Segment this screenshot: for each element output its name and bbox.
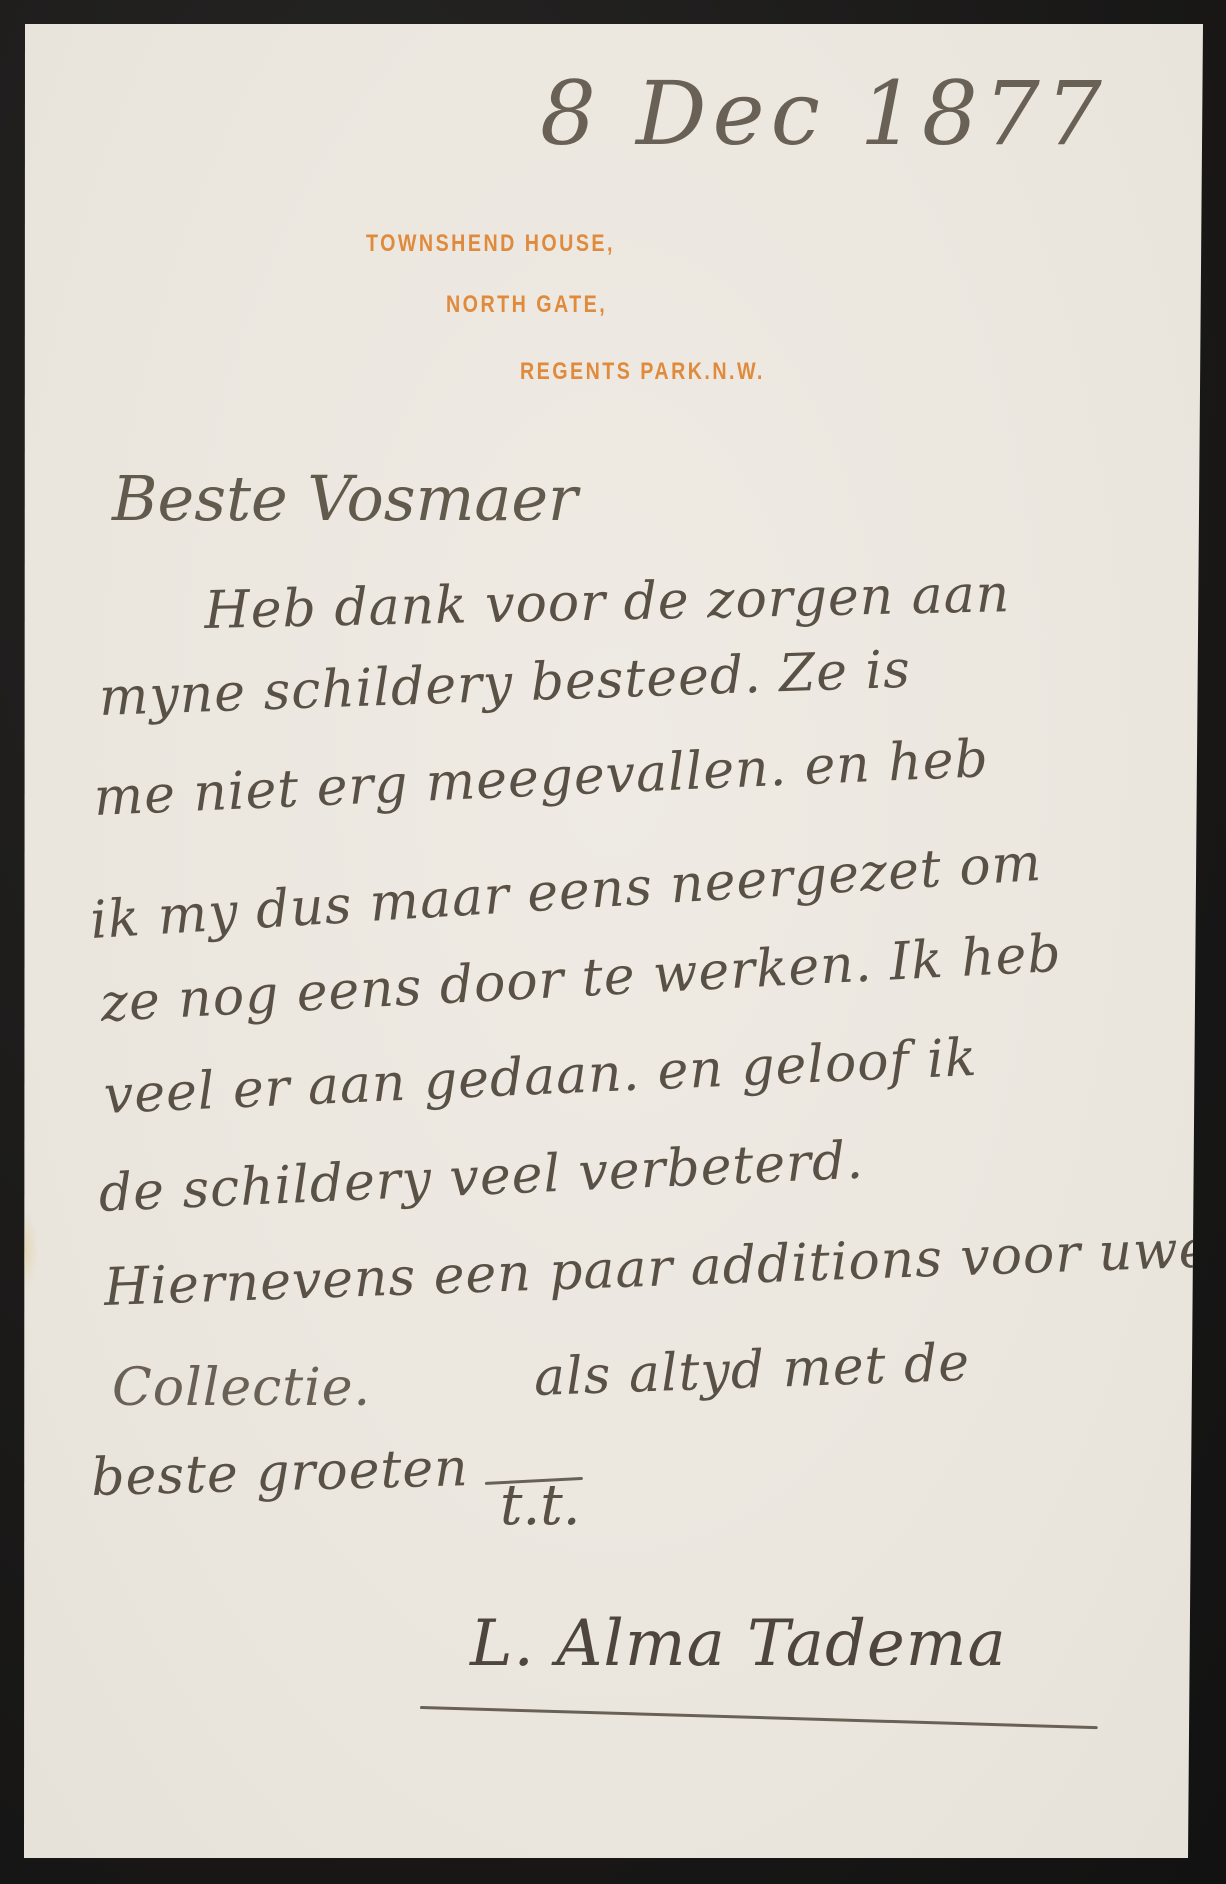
- closing-mark: t.t.: [500, 1478, 581, 1534]
- signature-underline: [420, 1706, 1098, 1729]
- salutation: Beste Vosmaer: [112, 468, 578, 530]
- body-line-7: de schildery veel verbeterd.: [98, 1135, 865, 1220]
- scan-background: 8 Dec 1877 TOWNSHEND HOUSE, NORTH GATE, …: [0, 0, 1226, 1884]
- letterhead-line-3: REGENTS PARK.N.W.: [520, 360, 765, 384]
- body-line-6: veel er aan gedaan. en geloof ik: [103, 1032, 979, 1122]
- body-line-2: myne schildery besteed. Ze is: [98, 644, 911, 724]
- letterhead-line-1: TOWNSHEND HOUSE,: [366, 232, 615, 256]
- letter-date: 8 Dec 1877: [540, 70, 1108, 158]
- signature: L. Alma Tadema: [470, 1612, 1007, 1676]
- body-line-10-left: beste groeten: [91, 1442, 470, 1504]
- body-line-1: Heb dank voor de zorgen aan: [204, 568, 1011, 637]
- body-line-8: Hiernevens een paar additions voor uwe: [103, 1223, 1211, 1314]
- body-line-3: me niet erg meegevallen. en heb: [93, 733, 990, 824]
- paper-stain: [24, 1210, 38, 1290]
- body-line-5: ze nog eens door te werken. Ik heb: [99, 928, 1063, 1030]
- letterhead-line-2: NORTH GATE,: [446, 293, 607, 317]
- body-line-9-right: als altyd met de: [533, 1337, 971, 1404]
- body-line-9-left: Collectie.: [112, 1362, 371, 1414]
- letter-paper: 8 Dec 1877 TOWNSHEND HOUSE, NORTH GATE, …: [0, 0, 1226, 1884]
- body-line-4: ik my dus maar eens neergezet om: [89, 837, 1043, 947]
